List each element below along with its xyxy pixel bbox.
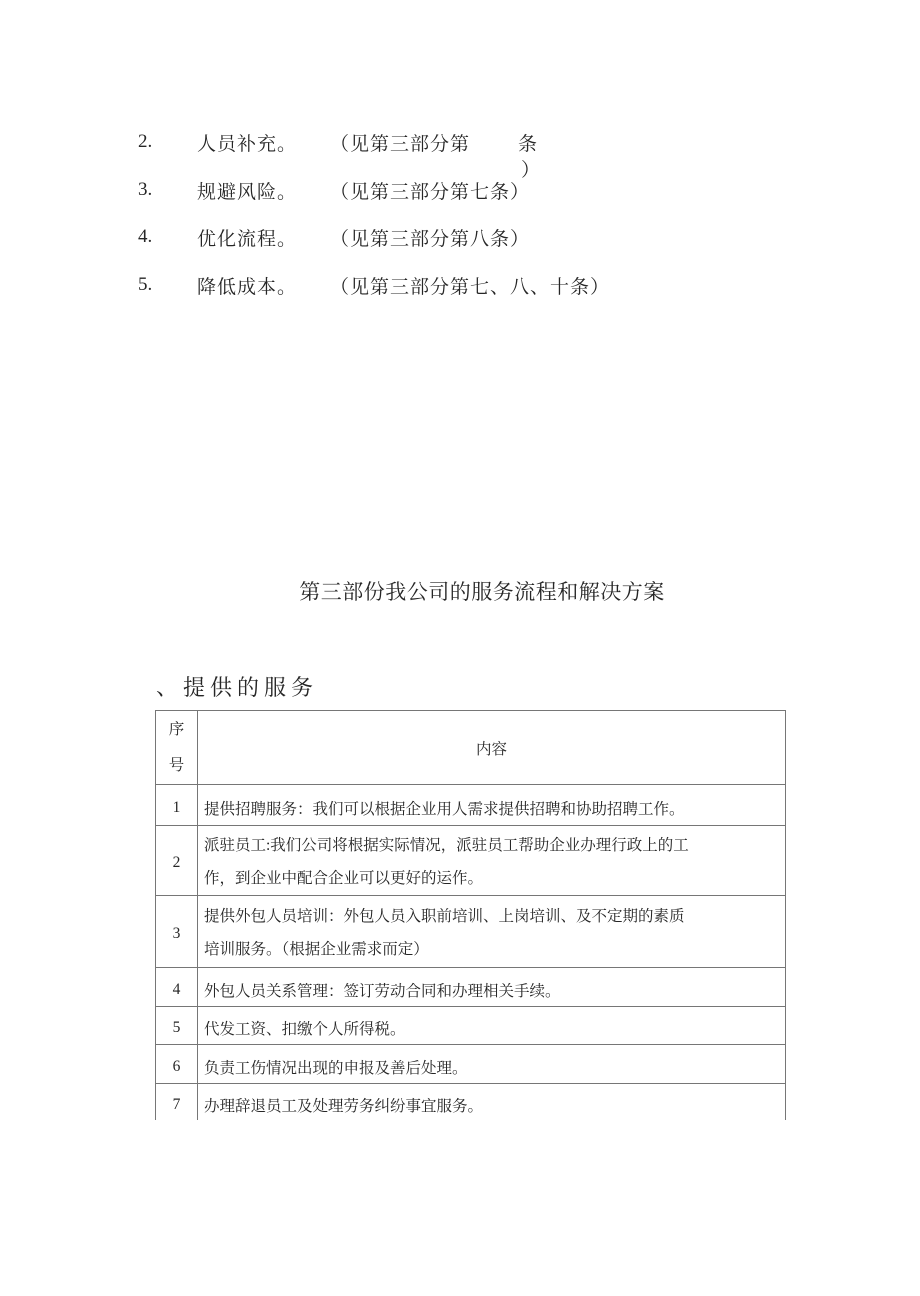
content-line: 提供招聘服务：我们可以根据企业用人需求提供招聘和协助招聘工作。 bbox=[204, 797, 785, 819]
benefit-item-2: 2. 人员补充。 （见第三部分第条 bbox=[0, 129, 920, 157]
item-label: 规避风险。 bbox=[197, 177, 297, 204]
row-number-cell: 6 bbox=[156, 1045, 198, 1083]
benefit-item-4: 4. 优化流程。 （见第三部分第八条） bbox=[0, 224, 920, 252]
row-content-cell: 办理辞退员工及处理劳务纠纷事宜服务。 bbox=[198, 1084, 785, 1120]
row-number: 3 bbox=[173, 925, 181, 943]
item-reference-suffix: 条 bbox=[518, 134, 538, 155]
content-line: 作，到企业中配合企业可以更好的运作。 bbox=[204, 862, 785, 895]
item-reference-prefix: （见第三部分第 bbox=[330, 134, 470, 155]
row-number: 2 bbox=[173, 854, 181, 872]
item-number: 3. bbox=[138, 179, 152, 201]
row-number-cell: 4 bbox=[156, 968, 198, 1006]
content-line: 办理辞退员工及处理劳务纠纷事宜服务。 bbox=[204, 1094, 785, 1116]
row-number-cell: 3 bbox=[156, 896, 198, 967]
table-row-3: 3 提供外包人员培训：外包人员入职前培训、上岗培训、及不定期的素质 培训服务。（… bbox=[156, 896, 785, 968]
row-content-cell: 代发工资、扣缴个人所得税。 bbox=[198, 1007, 785, 1044]
row-number-cell: 7 bbox=[156, 1084, 198, 1120]
row-content-cell: 提供外包人员培训：外包人员入职前培训、上岗培训、及不定期的素质 培训服务。（根据… bbox=[198, 896, 785, 967]
item-label: 降低成本。 bbox=[197, 272, 297, 299]
table-row-7: 7 办理辞退员工及处理劳务纠纷事宜服务。 bbox=[156, 1084, 785, 1120]
row-content-cell: 提供招聘服务：我们可以根据企业用人需求提供招聘和协助招聘工作。 bbox=[198, 785, 785, 825]
header-content-cell: 内容 bbox=[198, 711, 785, 784]
content-line: 代发工资、扣缴个人所得税。 bbox=[204, 1017, 785, 1039]
row-number-cell: 5 bbox=[156, 1007, 198, 1044]
row-number: 1 bbox=[173, 799, 181, 817]
benefit-item-5: 5. 降低成本。 （见第三部分第七、八、十条） bbox=[0, 272, 920, 300]
item-reference: （见第三部分第条 bbox=[330, 129, 538, 156]
table-row-6: 6 负责工伤情况出现的申报及善后处理。 bbox=[156, 1045, 785, 1084]
table-header-row: 序 号 内容 bbox=[156, 711, 785, 785]
content-line: 负责工伤情况出现的申报及善后处理。 bbox=[204, 1056, 785, 1078]
row-content-cell: 派驻员工:我们公司将根据实际情况，派驻员工帮助企业办理行政上的工 作，到企业中配… bbox=[198, 826, 785, 895]
subsection-title: 、提供的服务 bbox=[156, 671, 318, 702]
header-no-line2: 号 bbox=[169, 748, 185, 784]
table-row-4: 4 外包人员关系管理：签订劳动合同和办理相关手续。 bbox=[156, 968, 785, 1007]
table-row-1: 1 提供招聘服务：我们可以根据企业用人需求提供招聘和协助招聘工作。 bbox=[156, 785, 785, 826]
row-number: 4 bbox=[173, 981, 181, 999]
item-reference: （见第三部分第七、八、十条） bbox=[330, 272, 610, 299]
benefit-item-3: 3. 规避风险。 （见第三部分第七条） bbox=[0, 177, 920, 205]
item-number: 5. bbox=[138, 274, 152, 296]
header-no-cell: 序 号 bbox=[156, 711, 198, 784]
item-number: 2. bbox=[138, 131, 152, 153]
row-number: 6 bbox=[173, 1058, 181, 1076]
item-reference: （见第三部分第八条） bbox=[330, 224, 530, 251]
header-content-label: 内容 bbox=[476, 737, 507, 759]
header-no-line1: 序 bbox=[169, 712, 185, 748]
item-number: 4. bbox=[138, 226, 152, 248]
table-row-5: 5 代发工资、扣缴个人所得税。 bbox=[156, 1007, 785, 1045]
row-content-cell: 负责工伤情况出现的申报及善后处理。 bbox=[198, 1045, 785, 1083]
section-title: 第三部份我公司的服务流程和解决方案 bbox=[22, 576, 920, 606]
row-number: 5 bbox=[173, 1019, 181, 1037]
item-label: 优化流程。 bbox=[197, 224, 297, 251]
row-number: 7 bbox=[173, 1096, 181, 1114]
content-line: 外包人员关系管理：签订劳动合同和办理相关手续。 bbox=[204, 979, 785, 1001]
table-row-2: 2 派驻员工:我们公司将根据实际情况，派驻员工帮助企业办理行政上的工 作，到企业… bbox=[156, 826, 785, 896]
document-page: 2. 人员补充。 （见第三部分第条 ） 3. 规避风险。 （见第三部分第七条） … bbox=[0, 0, 920, 1296]
row-number-cell: 2 bbox=[156, 826, 198, 895]
row-number-cell: 1 bbox=[156, 785, 198, 825]
content-line: 派驻员工:我们公司将根据实际情况，派驻员工帮助企业办理行政上的工 bbox=[204, 829, 785, 862]
item-label: 人员补充。 bbox=[197, 129, 297, 156]
row-content-cell: 外包人员关系管理：签订劳动合同和办理相关手续。 bbox=[198, 968, 785, 1006]
services-table: 序 号 内容 1 提供招聘服务：我们可以根据企业用人需求提供招聘和协助招聘工作。… bbox=[155, 710, 786, 1120]
item-reference: （见第三部分第七条） bbox=[330, 177, 530, 204]
content-line: 提供外包人员培训：外包人员入职前培训、上岗培训、及不定期的素质 bbox=[204, 900, 785, 933]
content-line: 培训服务。（根据企业需求而定） bbox=[204, 933, 785, 966]
